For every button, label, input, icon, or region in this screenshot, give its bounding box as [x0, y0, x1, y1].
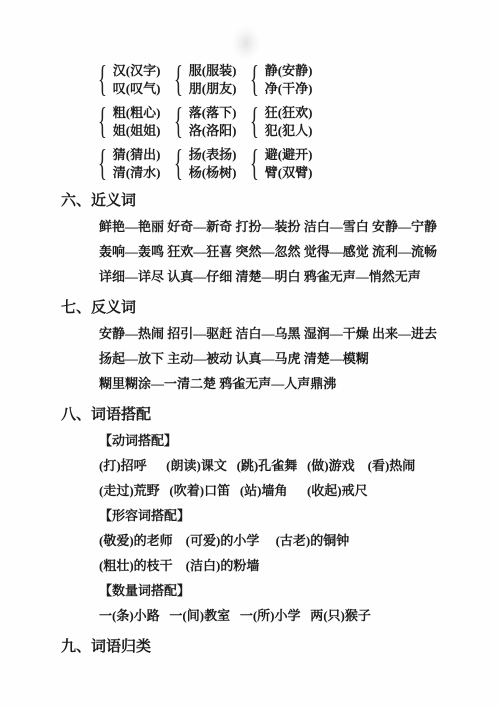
char-pair-texts: 服(服装)朋(朋友) [189, 62, 237, 98]
left-brace-glyph: { [250, 61, 259, 98]
char-pair-cell: {扬(表扬)杨(杨树) [174, 145, 250, 182]
char-pair-texts: 静(安静)净(干净) [265, 62, 313, 98]
char-pair-row: {汉(汉字)叹(叹气){服(服装)朋(朋友){静(安静)净(干净) [98, 61, 500, 98]
section-line: 轰响—轰鸣 狂欢—狂喜 突然—忽然 觉得—感觉 流利—流畅 [99, 239, 500, 264]
char-pair-text: 姐(姐姐) [113, 122, 161, 140]
char-pair-cell: {落(落下)洛(洛阳) [174, 103, 250, 140]
char-pair-text: 杨(杨树) [189, 164, 237, 182]
section-heading: 九、词语归类 [61, 637, 500, 658]
scan-smudge [232, 26, 260, 60]
char-pair-texts: 狂(狂欢)犯(犯人) [265, 104, 313, 140]
section: 九、词语归类 [0, 637, 500, 658]
left-brace-glyph: { [174, 61, 183, 98]
char-pair-text: 粗(粗心) [113, 104, 161, 122]
char-pair-text: 洛(洛阳) [189, 122, 237, 140]
section-heading: 六、近义词 [61, 191, 500, 212]
left-brace-glyph: { [98, 145, 107, 182]
char-pair-texts: 粗(粗心)姐(姐姐) [113, 104, 161, 140]
char-pair-cell: {汉(汉字)叹(叹气) [98, 61, 174, 98]
section-heading: 七、反义词 [61, 298, 500, 319]
char-pair-text: 清(清水) [113, 164, 161, 182]
char-pair-text: 猜(猜出) [113, 146, 161, 164]
char-pair-texts: 猜(猜出)清(清水) [113, 146, 161, 182]
section: 六、近义词鲜艳—艳丽 好奇—新奇 打扮—装扮 洁白—雪白 安静—宁静轰响—轰鸣 … [0, 191, 500, 289]
char-pair-text: 静(安静) [265, 62, 313, 80]
char-pair-cell: {服(服装)朋(朋友) [174, 61, 250, 98]
left-brace-glyph: { [174, 145, 183, 182]
sections-container: 六、近义词鲜艳—艳丽 好奇—新奇 打扮—装扮 洁白—雪白 安静—宁静轰响—轰鸣 … [0, 191, 500, 658]
left-brace-glyph: { [98, 61, 107, 98]
subsection-line: (走过)荒野 (吹着)口笛 (站)墙角 (收起)戒尺 [99, 478, 500, 503]
section-line: 详细—详尽 认真—仔细 清楚—明白 鸦雀无声—悄然无声 [99, 264, 500, 289]
subsection-label: 【动词搭配】 [99, 428, 500, 453]
subsection-line: 一(条)小路 一(间)教室 一(所)小学 两(只)猴子 [99, 603, 500, 628]
char-pair-text: 落(落下) [189, 104, 237, 122]
left-brace-glyph: { [98, 103, 107, 140]
left-brace-glyph: { [174, 103, 183, 140]
section-line: 糊里糊涂—一清二楚 鸦雀无声—人声鼎沸 [99, 371, 500, 396]
char-pair-text: 狂(狂欢) [265, 104, 313, 122]
subsection-line: (粗壮)的枝干 (洁白)的粉墙 [99, 553, 500, 578]
section-heading: 八、词语搭配 [61, 405, 500, 426]
left-brace-glyph: { [250, 103, 259, 140]
character-pairs-grid: {汉(汉字)叹(叹气){服(服装)朋(朋友){静(安静)净(干净){粗(粗心)姐… [98, 0, 500, 182]
subsection-line: (打)招呼 (朗读)课文 (跳)孔雀舞 (做)游戏 (看)热闹 [99, 453, 500, 478]
char-pair-text: 避(避开) [265, 146, 313, 164]
subsection-label: 【数量词搭配】 [99, 578, 500, 603]
char-pair-texts: 扬(表扬)杨(杨树) [189, 146, 237, 182]
char-pair-row: {粗(粗心)姐(姐姐){落(落下)洛(洛阳){狂(狂欢)犯(犯人) [98, 103, 500, 140]
char-pair-cell: {猜(猜出)清(清水) [98, 145, 174, 182]
section-line: 鲜艳—艳丽 好奇—新奇 打扮—装扮 洁白—雪白 安静—宁静 [99, 214, 500, 239]
char-pair-text: 臂(双臂) [265, 164, 313, 182]
char-pair-text: 扬(表扬) [189, 146, 237, 164]
char-pair-text: 犯(犯人) [265, 122, 313, 140]
char-pair-texts: 汉(汉字)叹(叹气) [113, 62, 161, 98]
char-pair-texts: 避(避开)臂(双臂) [265, 146, 313, 182]
section: 七、反义词安静—热闹 招引—驱赶 洁白—乌黑 湿润—干燥 出来—进去扬起—放下 … [0, 298, 500, 396]
char-pair-text: 服(服装) [189, 62, 237, 80]
document-page: {汉(汉字)叹(叹气){服(服装)朋(朋友){静(安静)净(干净){粗(粗心)姐… [0, 0, 500, 707]
char-pair-text: 净(干净) [265, 80, 313, 98]
char-pair-row: {猜(猜出)清(清水){扬(表扬)杨(杨树){避(避开)臂(双臂) [98, 145, 500, 182]
section-line: 安静—热闹 招引—驱赶 洁白—乌黑 湿润—干燥 出来—进去 [99, 321, 500, 346]
char-pair-cell: {狂(狂欢)犯(犯人) [250, 103, 326, 140]
left-brace-glyph: { [250, 145, 259, 182]
section: 八、词语搭配【动词搭配】(打)招呼 (朗读)课文 (跳)孔雀舞 (做)游戏 (看… [0, 405, 500, 628]
subsection-line: (敬爱)的老师 (可爱)的小学 (古老)的铜钟 [99, 528, 500, 553]
char-pair-text: 叹(叹气) [113, 80, 161, 98]
char-pair-texts: 落(落下)洛(洛阳) [189, 104, 237, 140]
section-line: 扬起—放下 主动—被动 认真—马虎 清楚—模糊 [99, 346, 500, 371]
char-pair-cell: {静(安静)净(干净) [250, 61, 326, 98]
subsection-label: 【形容词搭配】 [99, 503, 500, 528]
char-pair-cell: {粗(粗心)姐(姐姐) [98, 103, 174, 140]
char-pair-text: 朋(朋友) [189, 80, 237, 98]
char-pair-text: 汉(汉字) [113, 62, 161, 80]
char-pair-cell: {避(避开)臂(双臂) [250, 145, 326, 182]
